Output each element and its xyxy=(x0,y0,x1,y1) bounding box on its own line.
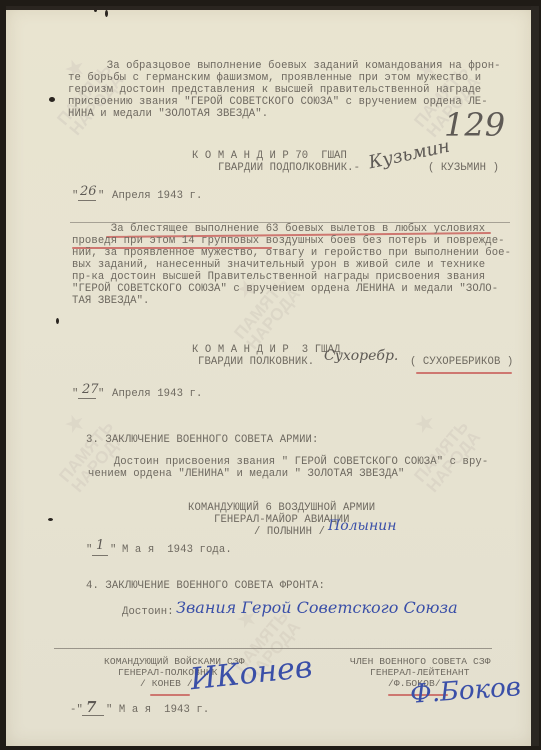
paragraph-line: пр-ка достоин высшей Правительственной н… xyxy=(72,271,485,283)
paragraph-line: ний, за проявленное мужество, отвагу и г… xyxy=(72,247,511,259)
signature-polynin: Полынин xyxy=(328,518,396,534)
signature-sukhorebrikov: Сухоребр. xyxy=(324,348,398,364)
red-underline xyxy=(416,372,512,374)
date-text: " М а я 1943 г. xyxy=(106,704,209,716)
paragraph-line: ТАЯ ЗВЕЗДА". xyxy=(72,295,150,307)
signatory-rank: ГВАРДИИ ПОДПОЛКОВНИК.- xyxy=(218,162,360,174)
paragraph-line: За образцовое выполнение боевых заданий … xyxy=(68,60,501,72)
red-underline xyxy=(150,694,190,696)
date-underline xyxy=(78,398,96,399)
paragraph-line: НИНА и медали "ЗОЛОТАЯ ЗВЕЗДА". xyxy=(68,108,268,120)
signatory-title: КОМАНДУЮЩИЙ 6 ВОЗДУШНОЙ АРМИИ xyxy=(188,502,375,514)
signatory-name: / ПОЛЫНИН / xyxy=(254,526,325,538)
paragraph-line: Достоин присвоения звания " ГЕРОЙ СОВЕТС… xyxy=(88,456,488,468)
paragraph-line: проведя при этом 14 групповых воздушных … xyxy=(72,235,505,247)
paragraph-line: вых заданий, нанесенный значительный уро… xyxy=(72,259,485,271)
paragraph-line: героизм достоин представления к высшей п… xyxy=(68,84,481,96)
scan-top-edge xyxy=(6,6,533,10)
paragraph-line: присвоению звания "ГЕРОЙ СОВЕТСКОГО СОЮЗ… xyxy=(68,96,488,108)
date-text: Апреля 1943 г. xyxy=(112,388,202,400)
signatory-title: К О М А Н Д И Р 70 ГШАП xyxy=(192,150,347,162)
date-text: М а я 1943 года. xyxy=(122,544,232,556)
date-day: 26 xyxy=(80,184,97,199)
date-day: 7 xyxy=(86,698,96,716)
signatory-name: ( КУЗЬМИН ) xyxy=(428,162,499,174)
scan-speck xyxy=(94,8,97,12)
signature-bokov: Ф.Боков xyxy=(409,672,522,710)
paragraph-line: За блестящее выполнение 63 боевых вылето… xyxy=(72,223,485,235)
date-underline xyxy=(78,200,96,201)
date-day: 1 xyxy=(96,538,104,553)
date-text: Апреля 1943 г. xyxy=(112,190,202,202)
date-quote-close: " xyxy=(110,544,116,556)
paragraph-line: "ГЕРОЙ СОВЕТСКОГО СОЮЗА" с вручением орд… xyxy=(72,283,498,295)
document-page: ★ ПАМЯТЬНАРОДА ★ ПАМЯТЬНАРОДА ★ ПАМЯТЬНА… xyxy=(6,6,533,746)
scan-speck xyxy=(56,318,59,324)
section-heading: 3. ЗАКЛЮЧЕНИЕ ВОЕННОГО СОВЕТА АРМИИ: xyxy=(86,434,318,446)
date-quote-close: " xyxy=(98,190,104,202)
section-heading: 4. ЗАКЛЮЧЕНИЕ ВОЕННОГО СОВЕТА ФРОНТА: xyxy=(86,580,325,592)
scan-speck xyxy=(48,518,53,521)
date-prefix: -" xyxy=(70,704,83,716)
scan-right-edge xyxy=(531,6,539,746)
signatory-title: К О М А Н Д И Р 3 ГШАД xyxy=(192,344,341,356)
verdict-handwritten: Звания Герой Советского Союза xyxy=(176,598,458,617)
paragraph-line: чением ордена "ЛЕНИНА" и медали " ЗОЛОТА… xyxy=(88,468,404,480)
scan-speck xyxy=(105,10,108,17)
date-underline xyxy=(92,555,108,556)
left-signatory-name: / КОНЕВ / xyxy=(140,678,193,690)
date-day: 27 xyxy=(82,382,99,397)
scan-speck xyxy=(49,97,55,102)
section-divider xyxy=(54,648,492,649)
watermark-star-icon: ★ xyxy=(407,399,441,445)
date-underline xyxy=(82,715,104,716)
signatory-rank: ГВАРДИИ ПОЛКОВНИК. xyxy=(198,356,314,368)
margin-number: 129 xyxy=(444,106,505,144)
signatory-name: ( СУХОРЕБРИКОВ ) xyxy=(410,356,513,368)
date-quote-close: " xyxy=(98,388,104,400)
paragraph-line: те борьбы с германским фашизмом, проявле… xyxy=(68,72,481,84)
verdict-label: Достоин: xyxy=(122,606,174,618)
